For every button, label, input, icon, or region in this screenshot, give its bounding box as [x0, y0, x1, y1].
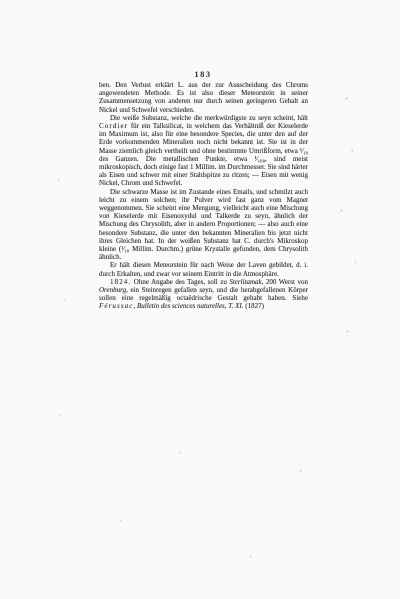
text-run: Ohne Angabe des Tages, soll zu [131, 278, 229, 286]
text-run: 1824. [110, 278, 131, 286]
text-run: Sterlitamak [229, 278, 261, 286]
text-run: Die schwarze Masse ist im Zustande eines… [99, 188, 308, 262]
text-run: Férussac [99, 302, 133, 310]
text-run: , 200 Werst von [262, 278, 308, 286]
scanned-book-page: 183 ben. Den Verlust erklärt L. aus der … [0, 0, 400, 599]
text-run: (1827) [244, 302, 264, 310]
page-body: ben. Den Verlust erklärt L. aus der zur … [99, 81, 308, 311]
text-run: Er hält diesen Meteorstein für nach Weis… [99, 261, 308, 277]
paragraph: Er hält diesen Meteorstein für nach Weis… [99, 261, 308, 277]
text-run: Cordier [99, 122, 128, 130]
text-run: Bulletin des sciences naturelles [137, 302, 225, 310]
page-number: 183 [99, 69, 307, 79]
scan-noise-specks [0, 0, 1, 1]
text-run: , ein Steinregen gefallen seyn, und die … [99, 286, 308, 302]
text-run: ben. Den Verlust erklärt L. aus der zur … [99, 81, 308, 114]
paragraph: 1824. Ohne Angabe des Tages, soll zu Ste… [99, 278, 308, 311]
paragraph: Die schwarze Masse ist im Zustande eines… [99, 188, 308, 262]
paragraph: ben. Den Verlust erklärt L. aus der zur … [99, 81, 308, 114]
text-run: für ein Talksilicat, in welchem das Verh… [99, 122, 308, 187]
text-run: Die weiße Substanz, welche die merkwürdi… [110, 114, 308, 122]
text-run: Orenburg [99, 286, 126, 294]
paragraph: Die weiße Substanz, welche die merkwürdi… [99, 114, 308, 188]
text-run: T. XI. [228, 302, 243, 310]
